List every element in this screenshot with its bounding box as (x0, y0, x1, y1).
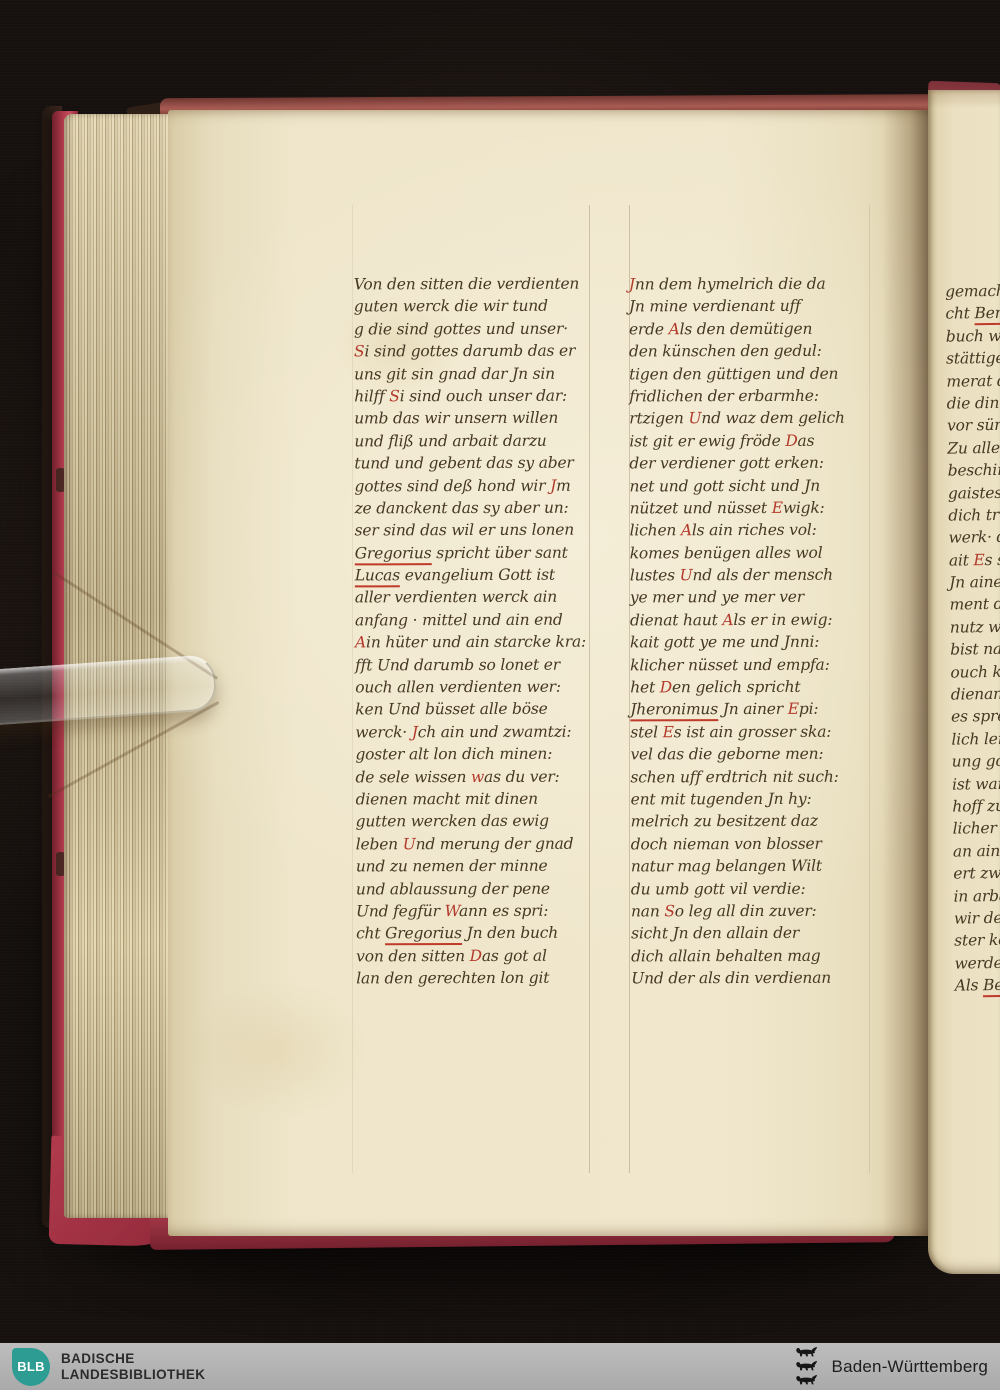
manuscript-text-line: buch wan (946, 324, 1000, 348)
manuscript-text-line: erde Als den demütigen (629, 317, 871, 340)
manuscript-text-line: werck· Jch ain und zwamtzi: (355, 720, 593, 743)
manuscript-text-line: anfang · mittel und ain end (355, 608, 593, 631)
manuscript-text-line: hilff Si sind ouch unser dar: (354, 385, 592, 408)
manuscript-text-line: die din sün (947, 391, 1000, 415)
manuscript-text-line: cht Gregorius Jn den buch (356, 922, 594, 945)
manuscript-text-line: Als Bernha (955, 973, 1000, 997)
institution-name-line2: LANDESBIBLIOTHEK (61, 1367, 205, 1383)
text-column-next-page: gemachetcht Bernhabuch wanstättiger dmer… (945, 279, 1000, 997)
manuscript-text-line: nutz wen (950, 615, 1000, 639)
manuscript-text-line: gutten wercken das ewig (356, 810, 594, 833)
manuscript-text-line: vor sünden (947, 414, 1000, 438)
ruling-line (352, 205, 353, 1173)
manuscript-text-line: nützet und nüsset Ewigk: (630, 496, 872, 519)
text-column-right: Jnn dem hymelrich die daJn mine verdiena… (629, 273, 873, 990)
manuscript-text-line: doch nieman von blosser (631, 832, 873, 855)
manuscript-text-line: von den sitten Das got al (356, 944, 594, 967)
manuscript-text-line: merat die (946, 369, 1000, 393)
manuscript-text-line: Jn mine verdienant uff (629, 295, 871, 318)
manuscript-text-line: het Den gelich spricht (630, 676, 872, 699)
manuscript-text-line: ent mit tugenden Jn hy: (631, 788, 873, 811)
library-footer-banner: BLB BADISCHE LANDESBIBLIOTHEK Baden-Würt… (0, 1343, 1000, 1390)
manuscript-text-line: Si sind gottes darumb das er (354, 340, 592, 363)
manuscript-text-line: dienat haut Als er in ewig: (630, 608, 872, 631)
manuscript-text-line: in arbait s (953, 884, 1000, 908)
manuscript-text-line: lan den gerechten lon git (356, 967, 594, 990)
manuscript-text-line: tigen den güttigen und den (629, 362, 871, 385)
manuscript-page-recto: Von den sitten die verdientenguten werck… (168, 110, 928, 1236)
state-name: Baden-Württemberg (832, 1357, 988, 1377)
manuscript-text-line: goster alt lon dich minen: (355, 743, 593, 766)
manuscript-text-line: Zu allen g (947, 436, 1000, 460)
manuscript-text-line: Ain hüter und ain starcke kra: (355, 631, 593, 654)
manuscript-text-line: Jheronimus Jn ainer Epi: (630, 698, 872, 721)
manuscript-text-line: stättiger d (946, 347, 1000, 371)
manuscript-text-line: licher ver (953, 817, 1000, 841)
manuscript-text-line: lustes Und als der mensch (630, 564, 872, 587)
manuscript-text-line: ist git er ewig fröde Das (629, 429, 871, 452)
manuscript-text-line: aller verdienten werck ain (355, 586, 593, 609)
manuscript-text-line: Von den sitten die verdienten (354, 273, 592, 296)
text-column-left: Von den sitten die verdientenguten werck… (354, 273, 594, 990)
manuscript-text-line: den künschen den gedul: (629, 340, 871, 363)
manuscript-text-line: werk· der (948, 526, 1000, 550)
manuscript-text-line: werdent l (954, 951, 1000, 975)
manuscript-text-line: umb das wir unsern willen (354, 407, 592, 430)
manuscript-text-line: lichen Als ain riches vol: (630, 519, 872, 542)
manuscript-text-line: wir desto (954, 906, 1000, 930)
manuscript-text-line: hoff zu sa (952, 794, 1000, 818)
manuscript-text-line: sicht Jn den allain der (631, 922, 873, 945)
manuscript-text-line: dienen macht mit dinen (356, 788, 594, 811)
manuscript-text-line: es spreche (951, 705, 1000, 729)
manuscript-text-line: Und fegfür Wann es spri: (356, 900, 594, 923)
manuscript-text-line: lich lere a (951, 727, 1000, 751)
manuscript-text-line: und ablaussung der pene (356, 877, 594, 900)
baden-wuerttemberg-coat-of-arms-icon (795, 1346, 821, 1387)
manuscript-text-line: net und gott sicht und Jn (629, 474, 871, 497)
manuscript-text-line: bist nach (950, 638, 1000, 662)
manuscript-text-line: kait gott ye me und Jnni: (630, 631, 872, 654)
manuscript-text-line: der verdiener gott erken: (629, 452, 871, 475)
manuscript-text-line: leben Und merung der gnad (356, 832, 594, 855)
manuscript-text-line: stel Es ist ain grosser ska: (630, 720, 872, 743)
manuscript-text-line: du umb gott vil verdie: (631, 877, 873, 900)
manuscript-text-line: melrich zu besitzent daz (631, 810, 873, 833)
manuscript-text-line: ser sind das wil er uns lonen (355, 519, 593, 542)
manuscript-text-line: beschirme (948, 459, 1000, 483)
manuscript-text-line: Lucas evangelium Gott ist (355, 564, 593, 587)
manuscript-text-line: fft Und darumb so lonet er (355, 653, 593, 676)
manuscript-text-line: guten werck die wir tund (354, 295, 592, 318)
manuscript-text-line: vel das die geborne men: (630, 743, 872, 766)
manuscript-text-line: gottes sind deß hond wir Jm (354, 474, 592, 497)
institution-name: BADISCHE LANDESBIBLIOTHEK (61, 1351, 205, 1383)
manuscript-text-line: Jnn dem hymelrich die da (629, 273, 871, 296)
manuscript-text-line: gemachet (945, 279, 1000, 303)
manuscript-text-line: schen uff erdtrich nit such: (630, 765, 872, 788)
manuscript-text-line: Jn ainer E (949, 570, 1000, 594)
manuscript-text-line: ung gottes (952, 750, 1000, 774)
manuscript-text-line: Gregorius spricht über sant (355, 541, 593, 564)
manuscript-text-line: und fliß und arbait darzu (354, 429, 592, 452)
manuscript-text-line: ment die (949, 593, 1000, 617)
next-page-partial: gemachetcht Bernhabuch wanstättiger dmer… (928, 90, 1000, 1274)
manuscript-text-line: ze danckent das sy aber un: (355, 496, 593, 519)
footer-state-block: Baden-Württemberg (795, 1346, 988, 1387)
blb-logo-acronym: BLB (17, 1359, 45, 1374)
gutter-shadow (882, 110, 928, 1236)
manuscript-text-line: ouch kami (950, 660, 1000, 684)
manuscript-text-line: ert zwen l (953, 862, 1000, 886)
manuscript-text-line: ye mer und ye mer ver (630, 586, 872, 609)
blb-logo: BLB (12, 1348, 50, 1386)
manuscript-text-line: fridlichen der erbarmhe: (629, 385, 871, 408)
manuscript-text-line: uns git sin gnad dar Jn sin (354, 362, 592, 385)
manuscript-text-line: an ainen (953, 839, 1000, 863)
manuscript-text-line: komes benügen alles wol (630, 541, 872, 564)
manuscript-text-line: klicher nüsset und empfa: (630, 653, 872, 676)
manuscript-text-line: natur mag belangen Wilt (631, 855, 873, 878)
manuscript-text-line: rtzigen Und waz dem gelich (629, 407, 871, 430)
manuscript-text-line: ouch allen verdienten wer: (355, 676, 593, 699)
manuscript-text-line: de sele wissen was du ver: (355, 765, 593, 788)
institution-name-line1: BADISCHE (61, 1351, 205, 1367)
manuscript-text-line: gaistes bel (948, 481, 1000, 505)
manuscript-text-line: cht Bernha (945, 302, 1000, 326)
manuscript-text-line: nan So leg all din zuver: (631, 900, 873, 923)
manuscript-text-line: ait Es sp (949, 548, 1000, 572)
manuscript-text-line: tund und gebent das sy aber (354, 452, 592, 475)
manuscript-text-line: ken Und büsset alle böse (355, 698, 593, 721)
manuscript-text-line: und zu nemen der minne (356, 855, 594, 878)
footer-institution-block: BLB BADISCHE LANDESBIBLIOTHEK (12, 1348, 205, 1386)
manuscript-text-line: ster kerker (954, 929, 1000, 953)
manuscript-text-line: dich trutha (948, 503, 1000, 527)
manuscript-text-line: dich allain behalten mag (631, 944, 873, 967)
manuscript-text-line: ist wann s (952, 772, 1000, 796)
manuscript-text-line: g die sind gottes und unser· (354, 317, 592, 340)
manuscript-text-line: dienan on (951, 682, 1000, 706)
manuscript-text-line: Und der als din verdienan (631, 967, 873, 990)
digitized-manuscript-photo: Von den sitten die verdientenguten werck… (0, 0, 1000, 1390)
